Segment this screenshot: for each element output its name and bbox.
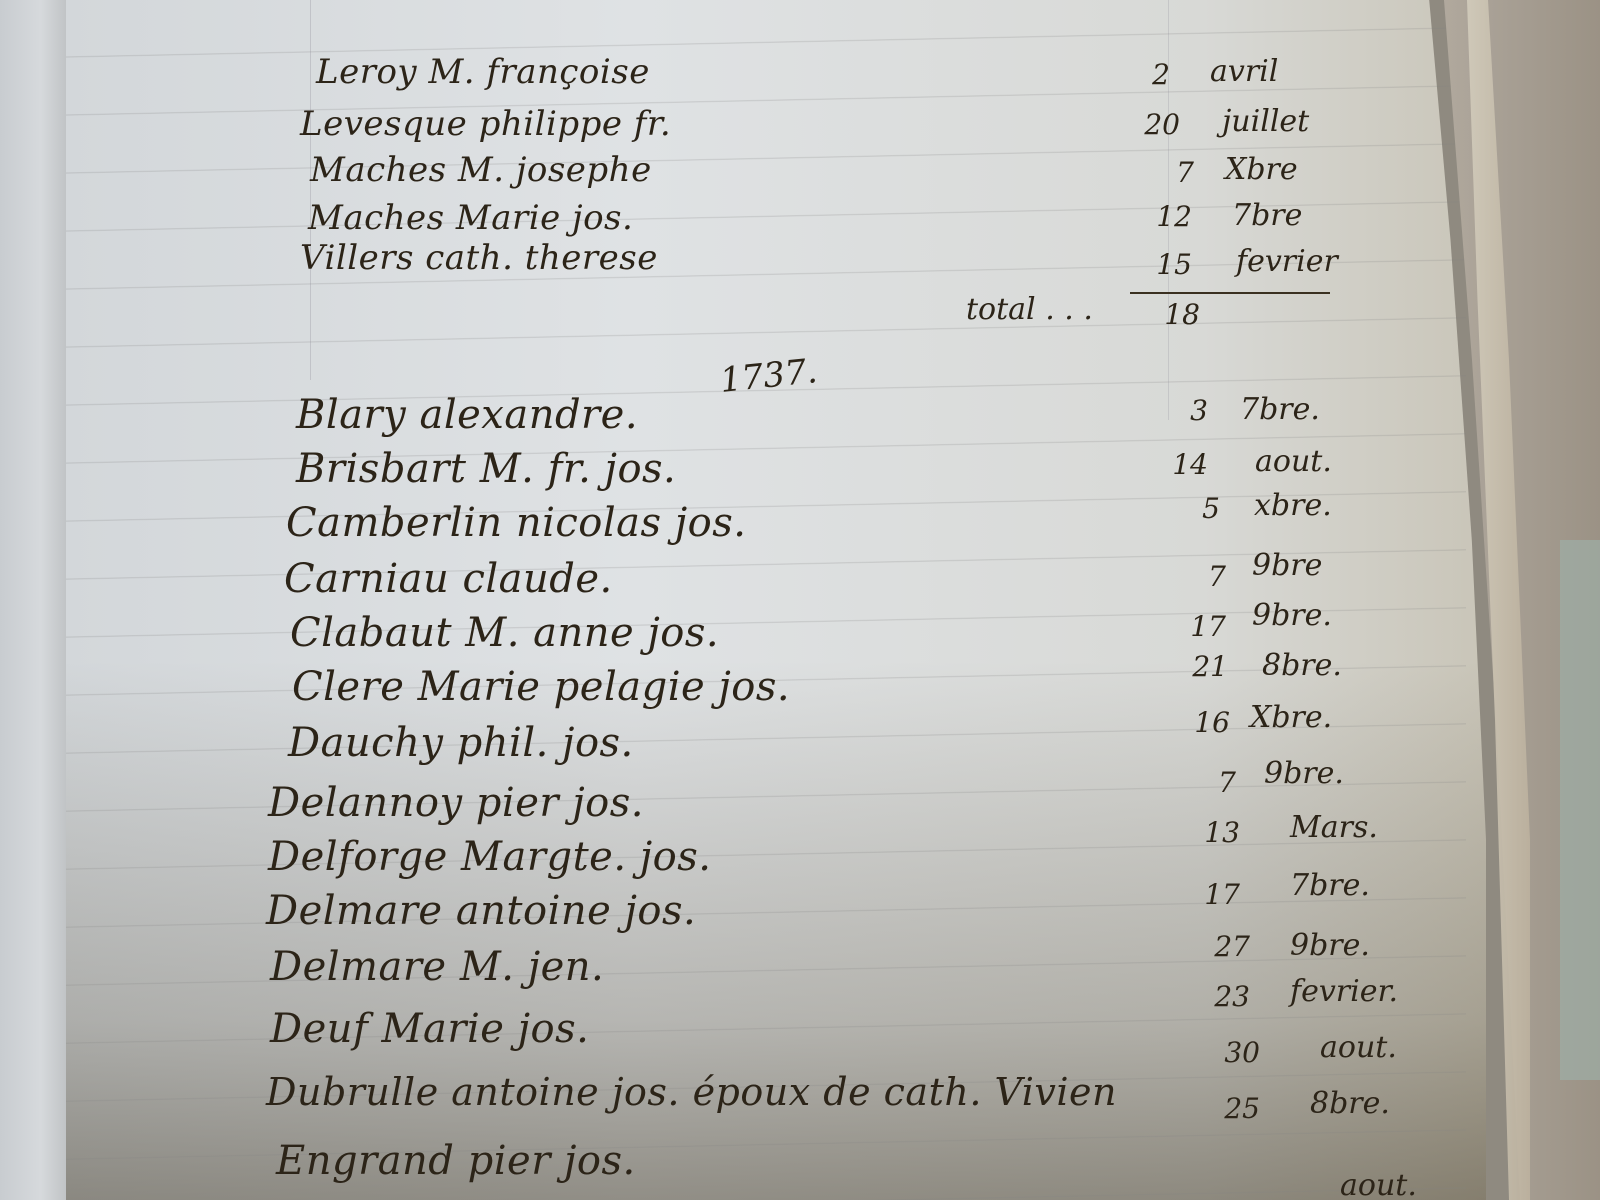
entry-day: 3 xyxy=(1148,394,1208,427)
entry-month: xbre. xyxy=(1254,488,1332,523)
entry-day: 17 xyxy=(1166,610,1226,643)
entry-day: 21 xyxy=(1168,650,1228,683)
entry-name: Blary alexandre. xyxy=(296,392,638,438)
entry-name: Villers cath. therese xyxy=(300,238,658,278)
entry-month: 9bre. xyxy=(1264,756,1344,791)
background-surface xyxy=(1560,540,1600,1080)
entry-month: 9bre. xyxy=(1252,598,1332,633)
entry-day: 5 xyxy=(1160,492,1220,525)
partial-entry-month: aout. xyxy=(1340,1168,1417,1200)
entry-month: fevrier xyxy=(1236,244,1338,279)
entry-month: 7bre xyxy=(1232,198,1302,233)
entry-name: Levesque philippe fr. xyxy=(300,104,671,144)
margin-rule xyxy=(310,0,311,380)
entry-name: Leroy M. françoise xyxy=(316,52,650,92)
entry-month: Mars. xyxy=(1290,810,1378,845)
entry-day: 7 xyxy=(1166,560,1226,593)
entry-name: Delmare antoine jos. xyxy=(266,888,696,934)
entry-name: Dauchy phil. jos. xyxy=(288,720,634,766)
entry-name: Clabaut M. anne jos. xyxy=(290,610,719,656)
entry-name: Delforge Margte. jos. xyxy=(268,834,711,880)
entry-month: juillet xyxy=(1222,104,1309,139)
entry-name: Maches M. josephe xyxy=(310,150,652,190)
entry-month: 8bre. xyxy=(1310,1086,1390,1121)
entry-day: 16 xyxy=(1170,706,1230,739)
total-value: 18 xyxy=(1140,298,1200,331)
entry-day: 20 xyxy=(1120,108,1180,141)
entry-day: 13 xyxy=(1180,816,1240,849)
entry-name: Maches Marie jos. xyxy=(308,198,633,238)
entry-day: 27 xyxy=(1190,930,1250,963)
entry-month: aout. xyxy=(1255,444,1332,479)
entry-day: 7 xyxy=(1176,766,1236,799)
entry-day: 12 xyxy=(1132,200,1192,233)
entry-day: 23 xyxy=(1190,980,1250,1013)
entry-month: 7bre. xyxy=(1290,868,1370,903)
entry-name: Delmare M. jen. xyxy=(270,944,604,990)
entry-day: 7 xyxy=(1134,156,1194,189)
entry-name: Delannoy pier jos. xyxy=(268,780,644,826)
entry-day: 14 xyxy=(1148,448,1208,481)
entry-name: Carniau claude. xyxy=(284,556,613,602)
entry-name: Brisbart M. fr. jos. xyxy=(296,446,676,492)
entry-name: Camberlin nicolas jos. xyxy=(286,500,747,546)
entry-month: 8bre. xyxy=(1262,648,1342,683)
entry-month: Xbre xyxy=(1225,152,1298,187)
entry-month: 9bre. xyxy=(1290,928,1370,963)
entry-day: 17 xyxy=(1180,878,1240,911)
entry-month: aout. xyxy=(1320,1030,1397,1065)
total-rule xyxy=(1130,292,1330,294)
entry-month: 7bre. xyxy=(1240,392,1320,427)
entry-month: 9bre xyxy=(1252,548,1322,583)
entry-month: Xbre. xyxy=(1250,700,1332,735)
entry-day: 15 xyxy=(1132,248,1192,281)
entry-day: 25 xyxy=(1200,1092,1260,1125)
book-binding xyxy=(0,0,70,1200)
entry-name: Clere Marie pelagie jos. xyxy=(292,664,790,710)
entry-name: Engrand pier jos. xyxy=(276,1138,636,1184)
total-label: total . . . xyxy=(966,292,1093,327)
entry-month: avril xyxy=(1210,54,1278,89)
entry-month: fevrier. xyxy=(1290,974,1398,1009)
entry-name: Deuf Marie jos. xyxy=(270,1006,589,1052)
entry-name: Dubrulle antoine jos. époux de cath. Viv… xyxy=(266,1070,1117,1114)
entry-day: 30 xyxy=(1200,1036,1260,1069)
entry-day: 2 xyxy=(1110,58,1170,91)
